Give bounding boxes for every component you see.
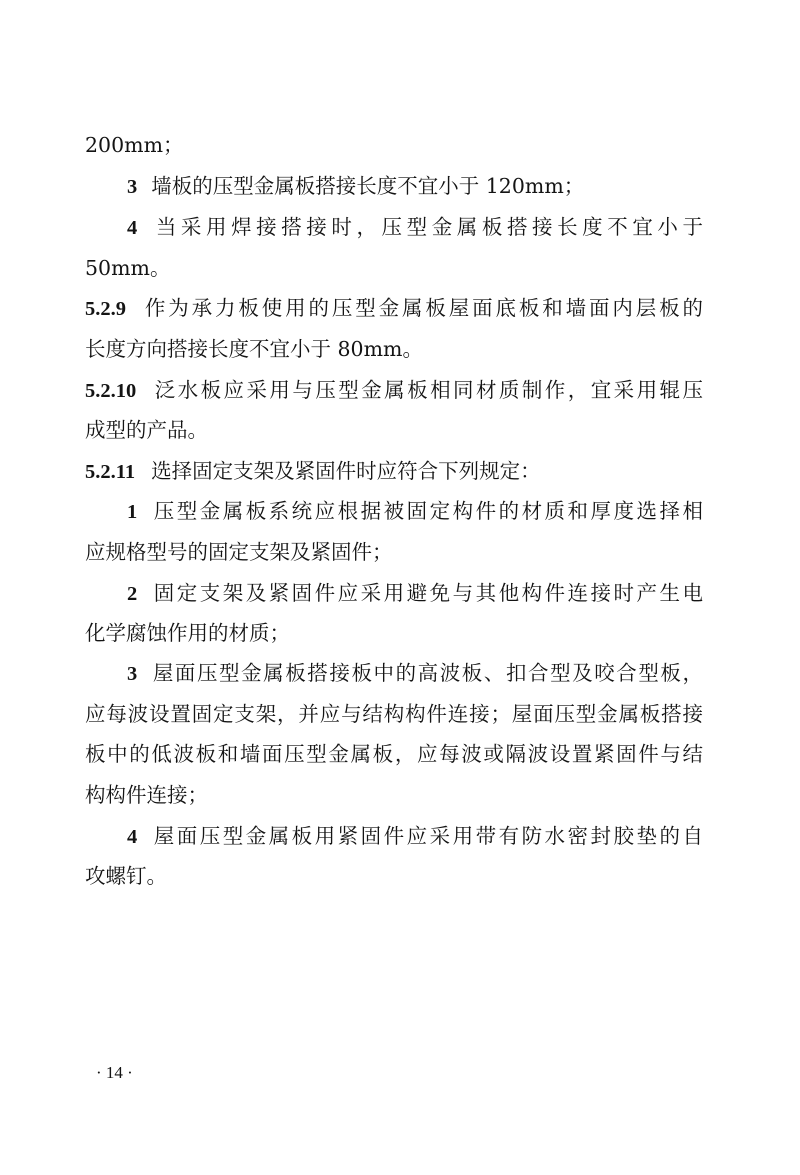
list-item: 1压型金属板系统应根据被固定构件的材质和厚度选择相 [127, 497, 703, 525]
text-line: 50mm。 [85, 254, 170, 282]
text-line: 长度方向搭接长度不宜小于 80mm。 [85, 335, 423, 363]
list-item: 3墙板的压型金属板搭接长度不宜小于 120mm； [127, 172, 584, 200]
page-number: · 14 · [96, 1063, 133, 1083]
list-item: 4当采用焊接搭接时，压型金属板搭接长度不宜小于 [127, 213, 703, 241]
text-line: 成型的产品。 [85, 416, 208, 444]
clause-5-2-10: 5.2.10泛水板应采用与压型金属板相同材质制作，宜采用辊压 [85, 376, 703, 404]
text-line: 板中的低波板和墙面压型金属板，应每波或隔波设置紧固件与结 [85, 740, 703, 768]
text-line: 应每波设置固定支架，并应与结构构件连接；屋面压型金属板搭接 [85, 700, 703, 728]
clause-5-2-11: 5.2.11选择固定支架及紧固件时应符合下列规定： [85, 457, 541, 485]
text-line: 攻螺钉。 [85, 862, 167, 890]
text-line: 应规格型号的固定支架及紧固件； [85, 538, 393, 566]
clause-5-2-9: 5.2.9作为承力板使用的压型金属板屋面底板和墙面内层板的 [85, 294, 703, 322]
list-item: 3屋面压型金属板搭接板中的高波板、扣合型及咬合型板， [127, 659, 703, 687]
list-item: 2固定支架及紧固件应采用避免与其他构件连接时产生电 [127, 579, 703, 607]
list-item: 4屋面压型金属板用紧固件应采用带有防水密封胶垫的自 [127, 822, 703, 850]
text-line: 200mm； [85, 131, 184, 159]
text-line: 化学腐蚀作用的材质； [85, 619, 290, 647]
text-line: 构构件连接； [85, 781, 208, 809]
